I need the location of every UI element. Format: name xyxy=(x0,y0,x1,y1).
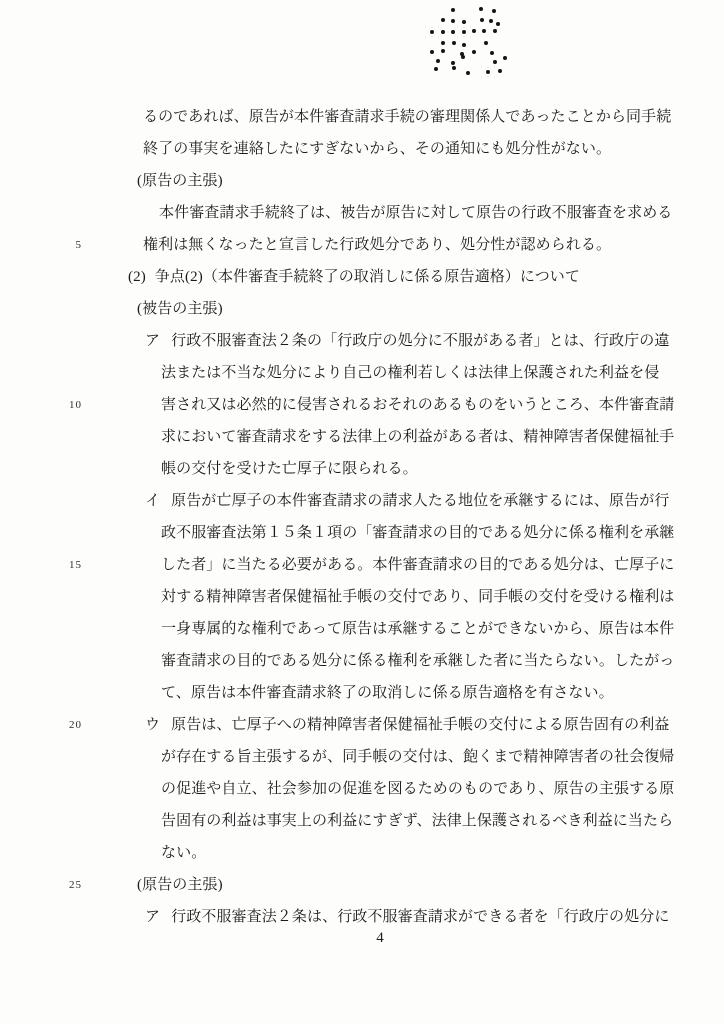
stamp-dot xyxy=(480,18,484,22)
issue-item-line: (2)争点(2)（本件審査手続終了の取消しに係る原告適格）について xyxy=(0,261,724,293)
text-line: 政不服審査法第１５条１項の「審査請求の目的である処分に係る権利を承継 xyxy=(0,517,724,549)
item-marker: イ xyxy=(145,493,160,509)
text-line: るのであれば、原告が本件審査請求手続の審理関係人であったことから同手続 xyxy=(0,101,724,133)
list-item-line: イ原告が亡厚子の本件審査請求の請求人たる地位を承継するには、原告が行 xyxy=(0,485,724,517)
text-line: 本件審査請求手続終了は、被告が原告に対して原告の行政不服審査を求める xyxy=(0,197,724,229)
stamp-dot xyxy=(486,70,490,74)
stamp-dot xyxy=(482,29,486,33)
document-body: るのであれば、原告が本件審査請求手続の審理関係人であったことから同手続 終了の事… xyxy=(0,101,724,933)
list-item-line: ア行政不服審査法２条は、行政不服審査請求ができる者を「行政庁の処分に xyxy=(0,901,724,933)
text-line: ない。 xyxy=(0,837,724,869)
item-text: 行政不服審査法２条の「行政庁の処分に不服がある者」とは、行政庁の違 xyxy=(171,333,669,349)
item-text: 原告が亡厚子の本件審査請求の請求人たる地位を承継するには、原告が行 xyxy=(171,493,669,509)
text-line: 審査請求の目的である処分に係る権利を承継した者に当たらない。したがっ xyxy=(0,645,724,677)
item-marker: ア xyxy=(145,909,160,925)
page-number: 4 xyxy=(100,930,660,947)
stamp-dot xyxy=(441,30,445,34)
stamp-dot xyxy=(472,29,476,33)
item-marker: (2) xyxy=(128,269,146,285)
text-line: の促進や自立、社会参加の促進を図るためのものであり、原告の主張する原 xyxy=(0,773,724,805)
stamp-dot xyxy=(484,41,488,45)
item-text: 原告は、亡厚子への精神障害者保健福祉手帳の交付による原告固有の利益 xyxy=(171,717,669,733)
stamp-dot xyxy=(493,60,497,64)
scanned-court-document-page: 5 10 15 20 25 るのであれば、原告が本件審査請求手続の審理関係人であ… xyxy=(0,0,724,1024)
text-line: て、原告は本件審査請求終了の取消しに係る原告適格を有さない。 xyxy=(0,677,724,709)
list-item-line: ア行政不服審査法２条の「行政庁の処分に不服がある者」とは、行政庁の違 xyxy=(0,325,724,357)
stamp-dot xyxy=(503,56,507,60)
claim-heading: (被告の主張) xyxy=(0,293,724,325)
stamp-dot xyxy=(496,22,500,26)
stamp-dot xyxy=(490,51,494,55)
text-line: 終了の事実を連絡したにすぎないから、その通知にも処分性がない。 xyxy=(0,133,724,165)
stamp-dot xyxy=(451,30,455,34)
stamp-dot xyxy=(462,30,466,34)
text-line: 害され又は必然的に侵害されるおそれのあるものをいうところ、本件審査請 xyxy=(0,389,724,421)
stamp-dot xyxy=(436,59,440,63)
stamp-dot xyxy=(434,67,438,71)
claim-heading: (原告の主張) xyxy=(0,165,724,197)
text-line: 帳の交付を受けた亡厚子に限られる。 xyxy=(0,453,724,485)
text-line: 対する精神障害者保健福祉手帳の交付であり、同手帳の交付を受ける権利は xyxy=(0,581,724,613)
item-text: 争点(2)（本件審査手続終了の取消しに係る原告適格）について xyxy=(155,269,580,285)
stamp-dot xyxy=(452,66,456,70)
stamp-dot xyxy=(493,29,497,33)
stamp-dot xyxy=(466,71,470,75)
stamp-dot xyxy=(451,61,455,65)
item-marker: ウ xyxy=(145,717,160,733)
list-item-line: ウ原告は、亡厚子への精神障害者保健福祉手帳の交付による原告固有の利益 xyxy=(0,709,724,741)
stamp-dot xyxy=(430,30,434,34)
stamp-dot xyxy=(451,19,455,23)
text-line: が存在する旨主張するが、同手帳の交付は、飽くまで精神障害者の社会復帰 xyxy=(0,741,724,773)
item-text: 行政不服審査法２条は、行政不服審査請求ができる者を「行政庁の処分に xyxy=(171,909,669,925)
text-line: 一身専属的な権利であって原告は承継することができないから、原告は本件 xyxy=(0,613,724,645)
text-line: 権利は無くなったと宣言した行政処分であり、処分性が認められる。 xyxy=(0,229,724,261)
stamp-dot xyxy=(472,50,476,54)
stamp-dot xyxy=(462,20,466,24)
claim-heading: (原告の主張) xyxy=(0,869,724,901)
stamp-dot xyxy=(452,41,456,45)
stamp-dot xyxy=(430,50,434,54)
stamp-dot xyxy=(489,19,493,23)
stamp-dot xyxy=(462,43,466,47)
stamp-dot xyxy=(498,69,502,73)
dot-stamp xyxy=(0,0,724,90)
stamp-dot xyxy=(479,7,483,11)
text-line: 求において審査請求をする法律上の利益がある者は、精神障害者保健福祉手 xyxy=(0,421,724,453)
stamp-dot xyxy=(451,8,455,12)
item-marker: ア xyxy=(145,333,160,349)
text-line: した者」に当たる必要がある。本件審査請求の目的である処分は、亡厚子に xyxy=(0,549,724,581)
stamp-dot xyxy=(441,41,445,45)
stamp-dot xyxy=(441,18,445,22)
text-line: 告固有の利益は事実上の利益にすぎず、法律上保護されるべき利益に当たら xyxy=(0,805,724,837)
stamp-dot xyxy=(492,9,496,13)
text-line: 法または不当な処分により自己の権利若しくは法律上保護された利益を侵 xyxy=(0,357,724,389)
stamp-dot xyxy=(461,55,465,59)
stamp-dot xyxy=(441,49,445,53)
